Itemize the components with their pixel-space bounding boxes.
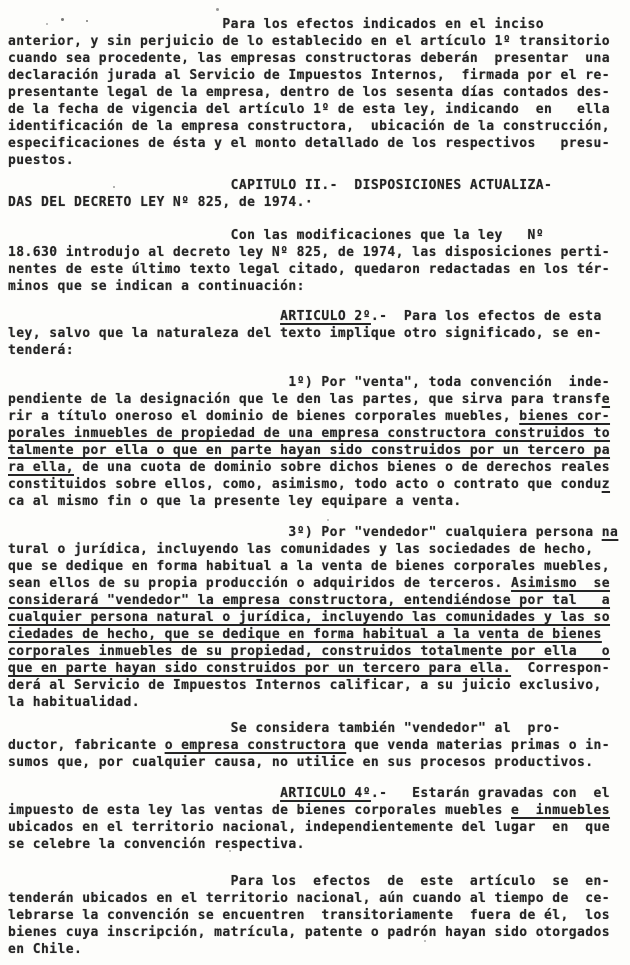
paragraph-articulo-4-encabezado: ARTICULO 4º.- Estarán gravadas con elimp… (8, 785, 628, 853)
text-line: tenderán ubicados en el territorio nacio… (8, 890, 628, 907)
underlined-text: e (602, 392, 610, 407)
text-segment: nentes de este último texto legal citado… (8, 262, 610, 277)
text-segment: impuesto de esta ley las ventas de biene… (8, 803, 511, 818)
text-segment: se celebre la convención respectiva. (8, 837, 305, 852)
underlined-text: ARTICULO 4º (280, 786, 371, 801)
document-text: Para los efectos indicados en el incisoa… (8, 16, 628, 958)
text-segment: sean ellos de su propia producción o adq… (8, 576, 511, 591)
paragraph-articulo-2-encabezado: ARTICULO 2º.- Para los efectos de estale… (8, 308, 628, 359)
text-segment: constituidos sobre ellos, como, asimismo… (8, 477, 602, 492)
text-segment: 1º) Por "venta", toda convención inde- (8, 375, 610, 390)
text-line: nentes de este último texto legal citado… (8, 261, 628, 278)
text-segment: tenderán ubicados en el territorio nacio… (8, 891, 610, 906)
text-line: porales inmuebles de propiedad de una em… (8, 425, 628, 442)
text-line: corporales inmuebles de su propiedad, co… (8, 643, 628, 660)
underlined-text: ARTICULO 2º (280, 309, 371, 324)
text-line: ARTICULO 4º.- Estarán gravadas con el (8, 785, 628, 802)
text-line: ubicados en el territorio nacional, inde… (8, 819, 628, 836)
text-line: tenderá: (8, 342, 628, 359)
text-line: lebrarse la convención se encuentren tra… (8, 907, 628, 924)
text-segment: bienes cuya inscripción, matrícula, pate… (8, 925, 610, 940)
underlined-text: e inmuebles (511, 803, 610, 818)
text-segment (8, 309, 280, 324)
underlined-text: que en parte hayan sido construidos por … (8, 661, 511, 676)
text-line: especificaciones de ésta y el monto deta… (8, 135, 628, 152)
underlined-text: cualquier persona natural o jurídica, in… (8, 610, 610, 625)
text-line: 1º) Por "venta", toda convención inde- (8, 374, 628, 391)
underlined-text: corporales inmuebles de su propiedad, co… (8, 644, 610, 659)
underlined-text: Asimismo se (511, 576, 610, 591)
text-line: ciedades de hecho, que se dedique en for… (8, 626, 628, 643)
text-line: anterior, y sin perjuicio de lo establec… (8, 33, 628, 50)
text-line: ley, salvo que la naturaleza del texto i… (8, 325, 628, 342)
text-line: que se dedique en forma habitual a la ve… (8, 558, 628, 575)
text-line: puestos. (8, 152, 628, 169)
paragraph-parrafo-vendedor-productor: Se considera también "vendedor" al pro-d… (8, 720, 628, 771)
underlined-text: o empresa constructora (165, 738, 346, 753)
text-line: DAS DEL DECRETO LEY Nº 825, de 1974.· (8, 194, 628, 211)
text-segment: en Chile. (8, 942, 82, 957)
text-segment: declaración jurada al Servicio de Impues… (8, 68, 610, 83)
text-line: minos que se indican a continuación: (8, 278, 628, 295)
text-line: ca al mismo fin o que la presente ley eq… (8, 493, 628, 510)
text-segment: pendiente de la designación que le den l… (8, 392, 602, 407)
paragraph-numero-1-definicion-venta: 1º) Por "venta", toda convención inde-pe… (8, 374, 628, 510)
paragraph-numero-3-definicion-vendedor: 3º) Por "vendedor" cualquiera persona na… (8, 524, 628, 711)
text-segment: minos que se indican a continuación: (8, 279, 305, 294)
text-segment: DAS DEL DECRETO LEY Nº 825, de 1974.· (8, 195, 313, 210)
text-segment: anterior, y sin perjuicio de lo establec… (8, 34, 610, 49)
text-segment: Para los efectos indicados en el inciso (8, 17, 544, 32)
underlined-text: z (602, 477, 610, 492)
text-line: la habitualidad. (8, 694, 628, 711)
text-segment: Con las modificaciones que la ley Nº (8, 228, 544, 243)
text-segment: Se considera también "vendedor" al pro- (8, 721, 561, 736)
paragraph-titulo-capitulo-ii: CAPITULO II.- DISPOSICIONES ACTUALIZA-DA… (8, 177, 628, 211)
text-segment: ubicados en el territorio nacional, inde… (8, 820, 610, 835)
text-segment: ley, salvo que la naturaleza del texto i… (8, 326, 602, 341)
text-line: identificación de la empresa constructor… (8, 118, 628, 135)
underlined-text: bienes cor- (519, 409, 610, 424)
text-segment: .- Para los efectos de esta (371, 309, 602, 324)
text-line: se celebre la convención respectiva. (8, 836, 628, 853)
text-line: CAPITULO II.- DISPOSICIONES ACTUALIZA- (8, 177, 628, 194)
text-line: ductor, fabricante o empresa constructor… (8, 737, 628, 754)
text-segment: sumos que, por cualquier causa, no utili… (8, 755, 594, 770)
text-line: en Chile. (8, 941, 628, 958)
text-line: Se considera también "vendedor" al pro- (8, 720, 628, 737)
text-segment: la habitualidad. (8, 695, 140, 710)
text-line: Para los efectos indicados en el inciso (8, 16, 628, 33)
text-line: bienes cuya inscripción, matrícula, pate… (8, 924, 628, 941)
text-segment: de una cuota de dominio sobre dichos bie… (74, 460, 610, 475)
text-line: sumos que, por cualquier causa, no utili… (8, 754, 628, 771)
underlined-text: ra ella, (8, 460, 74, 475)
text-line: cualquier persona natural o jurídica, in… (8, 609, 628, 626)
text-line: Con las modificaciones que la ley Nº (8, 227, 628, 244)
text-segment: que venda materias primas o in- (346, 738, 610, 753)
text-segment: ca al mismo fin o que la presente ley eq… (8, 494, 462, 509)
text-line: 18.630 introdujo al decreto ley Nº 825, … (8, 244, 628, 261)
underlined-text: talmente por ella o que en parte hayan s… (8, 443, 610, 458)
text-line: cuando sea procedente, las empresas cons… (8, 50, 628, 67)
underlined-text: na (602, 525, 619, 540)
text-segment: especificaciones de ésta y el monto deta… (8, 136, 610, 151)
text-line: Para los efectos de este artículo se en- (8, 873, 628, 890)
text-line: considerará "vendedor" la empresa constr… (8, 592, 628, 609)
text-line: pendiente de la designación que le den l… (8, 391, 628, 408)
underlined-text: porales inmuebles de propiedad de una em… (8, 426, 610, 441)
text-line: 3º) Por "vendedor" cualquiera persona na (8, 524, 628, 541)
text-segment: CAPITULO II.- DISPOSICIONES ACTUALIZA- (8, 178, 552, 193)
underlined-text: ciedades de hecho, que se dedique en for… (8, 627, 602, 642)
text-segment: 3º) Por "vendedor" cualquiera persona (8, 525, 602, 540)
paragraph-parrafo-declaracion-jurada: Para los efectos indicados en el incisoa… (8, 16, 628, 169)
text-segment: ductor, fabricante (8, 738, 165, 753)
text-segment: lebrarse la convención se encuentren tra… (8, 908, 610, 923)
document-page: Para los efectos indicados en el incisoa… (0, 0, 630, 965)
text-line: constituidos sobre ellos, como, asimismo… (8, 476, 628, 493)
text-segment: cuando sea procedente, las empresas cons… (8, 51, 610, 66)
text-line: rir a título oneroso el dominio de biene… (8, 408, 628, 425)
text-segment: Correspon- (511, 661, 610, 676)
paragraph-parrafo-modificaciones-ley-18630: Con las modificaciones que la ley Nº18.6… (8, 227, 628, 295)
text-segment: 18.630 introdujo al decreto ley Nº 825, … (8, 245, 610, 260)
paragraph-parrafo-territorio-nacional: Para los efectos de este artículo se en-… (8, 873, 628, 958)
text-line: presentante legal de la empresa, dentro … (8, 84, 628, 101)
text-line: ra ella, de una cuota de dominio sobre d… (8, 459, 628, 476)
text-segment: .- Estarán gravadas con el (371, 786, 610, 801)
text-segment: Para los efectos de este artículo se en- (8, 874, 610, 889)
text-line: de la fecha de vigencia del artículo 1º … (8, 101, 628, 118)
text-line: sean ellos de su propia producción o adq… (8, 575, 628, 592)
underlined-text: considerará "vendedor" la empresa constr… (8, 593, 610, 608)
text-segment: derá al Servicio de Impuestos Internos c… (8, 678, 602, 693)
text-line: tural o jurídica, incluyendo las comunid… (8, 541, 628, 558)
text-line: declaración jurada al Servicio de Impues… (8, 67, 628, 84)
text-line: derá al Servicio de Impuestos Internos c… (8, 677, 628, 694)
text-segment: identificación de la empresa constructor… (8, 119, 610, 134)
text-segment: tural o jurídica, incluyendo las comunid… (8, 542, 594, 557)
text-segment: tenderá: (8, 343, 74, 358)
text-segment: rir a título oneroso el dominio de biene… (8, 409, 519, 424)
text-line: ARTICULO 2º.- Para los efectos de esta (8, 308, 628, 325)
text-segment: que se dedique en forma habitual a la ve… (8, 559, 610, 574)
text-segment: de la fecha de vigencia del artículo 1º … (8, 102, 610, 117)
text-line: que en parte hayan sido construidos por … (8, 660, 628, 677)
text-segment: puestos. (8, 153, 74, 168)
text-line: impuesto de esta ley las ventas de biene… (8, 802, 628, 819)
text-segment: presentante legal de la empresa, dentro … (8, 85, 610, 100)
text-line: talmente por ella o que en parte hayan s… (8, 442, 628, 459)
text-segment (8, 786, 280, 801)
scan-speck (216, 8, 219, 11)
